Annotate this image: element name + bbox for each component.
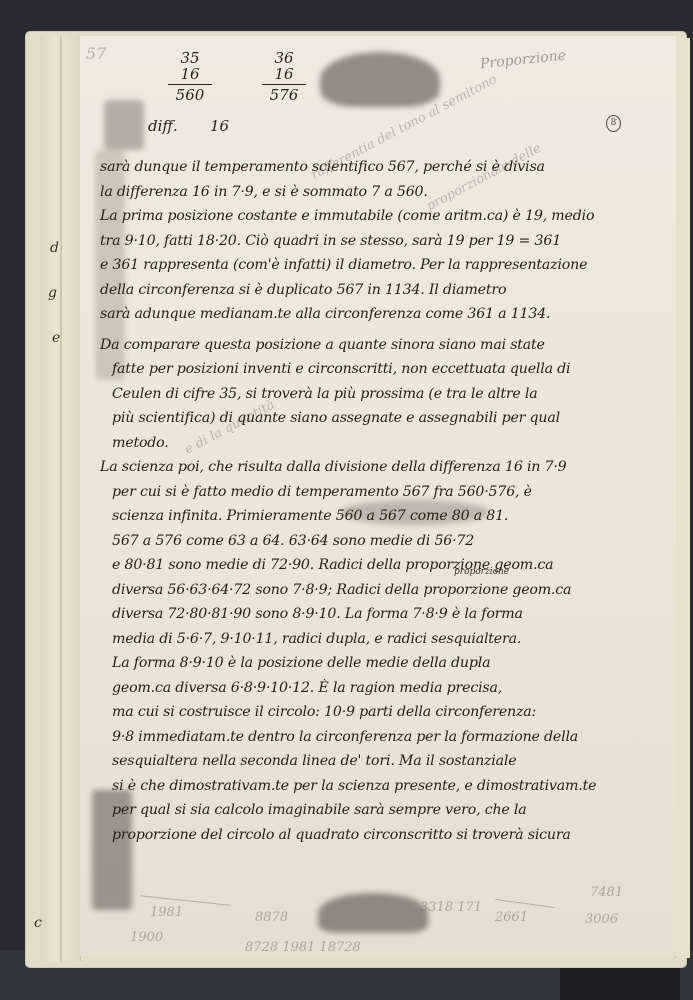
stain — [104, 100, 144, 150]
text-line: proporzione del circolo al quadrato circ… — [100, 823, 660, 848]
text-line: 567 a 576 come 63 a 64. 63·64 sono medie… — [100, 529, 660, 554]
text-line: fatte per posizioni inventi e circonscri… — [100, 357, 660, 382]
text-line: e 80·81 sono medie di 72·90. Radici dell… — [100, 553, 660, 578]
circled-number: 8 — [606, 115, 621, 132]
ghost-number: 8878 — [255, 910, 288, 925]
calc-rule — [168, 84, 212, 85]
text-line: per qual si sia calcolo imaginabile sarà… — [100, 798, 660, 823]
ghost-number: 1981 — [150, 905, 183, 920]
folio-number: 57 — [86, 44, 106, 63]
page-edge-line — [60, 36, 62, 961]
text-line: sarà dunque il temperamento scientifico … — [100, 155, 660, 180]
calc-rule — [262, 84, 306, 85]
calc-operand: 16 — [168, 66, 212, 82]
ghost-number: 3006 — [585, 912, 618, 927]
text-line: per cui si è fatto medio di temperamento… — [100, 480, 660, 505]
difference-label: diff. — [148, 118, 178, 134]
text-line: metodo. — [100, 431, 660, 456]
text-line: ma cui si costruisce il circolo: 10·9 pa… — [100, 700, 660, 725]
page-edge-right — [675, 38, 690, 958]
calc-operand: 36 — [262, 50, 306, 66]
text-line: della circonferenza si è duplicato 567 i… — [100, 278, 660, 303]
manuscript-text: sarà dunque il temperamento scientifico … — [100, 155, 660, 847]
margin-mark: d — [50, 240, 59, 256]
text-line: Ceulen di cifre 35, si troverà la più pr… — [100, 382, 660, 407]
text-line: sesquialtera nella seconda linea de' tor… — [100, 749, 660, 774]
text-line: scienza infinita. Primieramente 560 a 56… — [100, 504, 660, 529]
text-line: e 361 rappresenta (com'è infatti) il dia… — [100, 253, 660, 278]
calc-result: 560 — [168, 87, 212, 103]
text-line: tra 9·10, fatti 18·20. Ciò quadri in se … — [100, 229, 660, 254]
ghost-number: 3318 171 — [420, 900, 482, 915]
text-line: La prima posizione costante e immutabile… — [100, 204, 660, 229]
text-line: si è che dimostrativam.te per la scienza… — [100, 774, 660, 799]
text-line: geom.ca diversa 6·8·9·10·12. È la ragion… — [100, 676, 660, 701]
margin-mark: e — [52, 330, 60, 346]
text-line: media di 5·6·7, 9·10·11, radici dupla, e… — [100, 627, 660, 652]
difference-value: 16 — [210, 118, 229, 134]
text-line: diversa 56·63·64·72 sono 7·8·9; Radici d… — [100, 578, 660, 603]
text-line: sarà adunque medianam.te alla circonfere… — [100, 302, 660, 327]
text-line: Da comparare questa posizione a quante s… — [100, 333, 660, 358]
ghost-number: 2661 — [495, 910, 528, 925]
ghost-number: 7481 — [590, 885, 623, 900]
calculation-1: 35 16 560 — [168, 50, 212, 103]
text-line: 9·8 immediatam.te dentro la circonferenz… — [100, 725, 660, 750]
ink-blot-top — [320, 52, 440, 107]
text-line: diversa 72·80·81·90 sono 8·9·10. La form… — [100, 602, 660, 627]
ghost-number: 1900 — [130, 930, 163, 945]
text-line: La forma 8·9·10 è la posizione delle med… — [100, 651, 660, 676]
ink-blot-bottom — [318, 893, 428, 933]
margin-mark: c — [34, 915, 42, 931]
calc-operand: 16 — [262, 66, 306, 82]
calc-operand: 35 — [168, 50, 212, 66]
text-line: più scientifica) di quante siano assegna… — [100, 406, 660, 431]
calculation-2: 36 16 576 — [262, 50, 306, 103]
ghost-number: 8728 1981 18728 — [245, 940, 361, 955]
calc-result: 576 — [262, 87, 306, 103]
text-line: La scienza poi, che risulta dalla divisi… — [100, 455, 660, 480]
text-line: la differenza 16 in 7·9, e si è sommato … — [100, 180, 660, 205]
margin-mark: g — [48, 285, 57, 301]
